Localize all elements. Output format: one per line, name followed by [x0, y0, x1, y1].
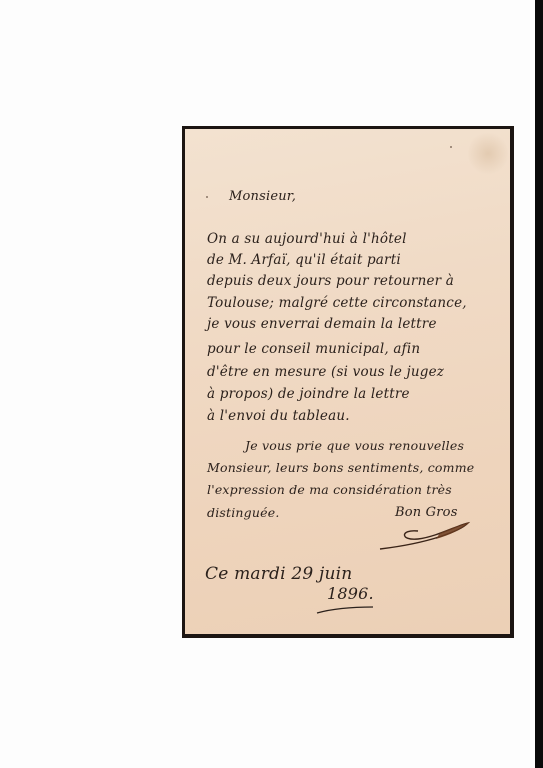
closing-line: l'expression de ma considération très — [207, 482, 452, 497]
closing-line: distinguée. — [207, 505, 280, 520]
letter-line: pour le conseil municipal, afin — [207, 341, 420, 357]
letter-line: à propos) de joindre la lettre — [207, 386, 410, 402]
scan-edge-bar — [535, 0, 543, 768]
year-underline — [315, 605, 375, 615]
letter-line: d'être en mesure (si vous le jugez — [207, 364, 444, 380]
signature-flourish — [370, 511, 480, 551]
closing-line: Monsieur, leurs bons sentiments, comme — [207, 460, 474, 475]
letter-year: 1896. — [327, 584, 374, 603]
letter-line: je vous enverrai demain la lettre — [207, 316, 437, 332]
letter-line: à l'envoi du tableau. — [207, 408, 350, 424]
letter-line: depuis deux jours pour retourner à — [207, 273, 454, 289]
paper-stain — [468, 131, 508, 176]
letter-sheet: Monsieur, On a su aujourd'hui à l'hôtel … — [182, 126, 514, 638]
closing-line: Je vous prie que vous renouvelles — [245, 438, 464, 453]
letter-line: On a su aujourd'hui à l'hôtel — [207, 231, 407, 247]
letter-salutation: Monsieur, — [229, 189, 296, 204]
paper-speck — [206, 196, 208, 198]
letter-date: Ce mardi 29 juin — [205, 564, 352, 584]
letter-line: Toulouse; malgré cette circonstance, — [207, 295, 467, 311]
letter-line: de M. Arfaï, qu'il était parti — [207, 252, 401, 268]
paper-speck — [450, 146, 452, 148]
